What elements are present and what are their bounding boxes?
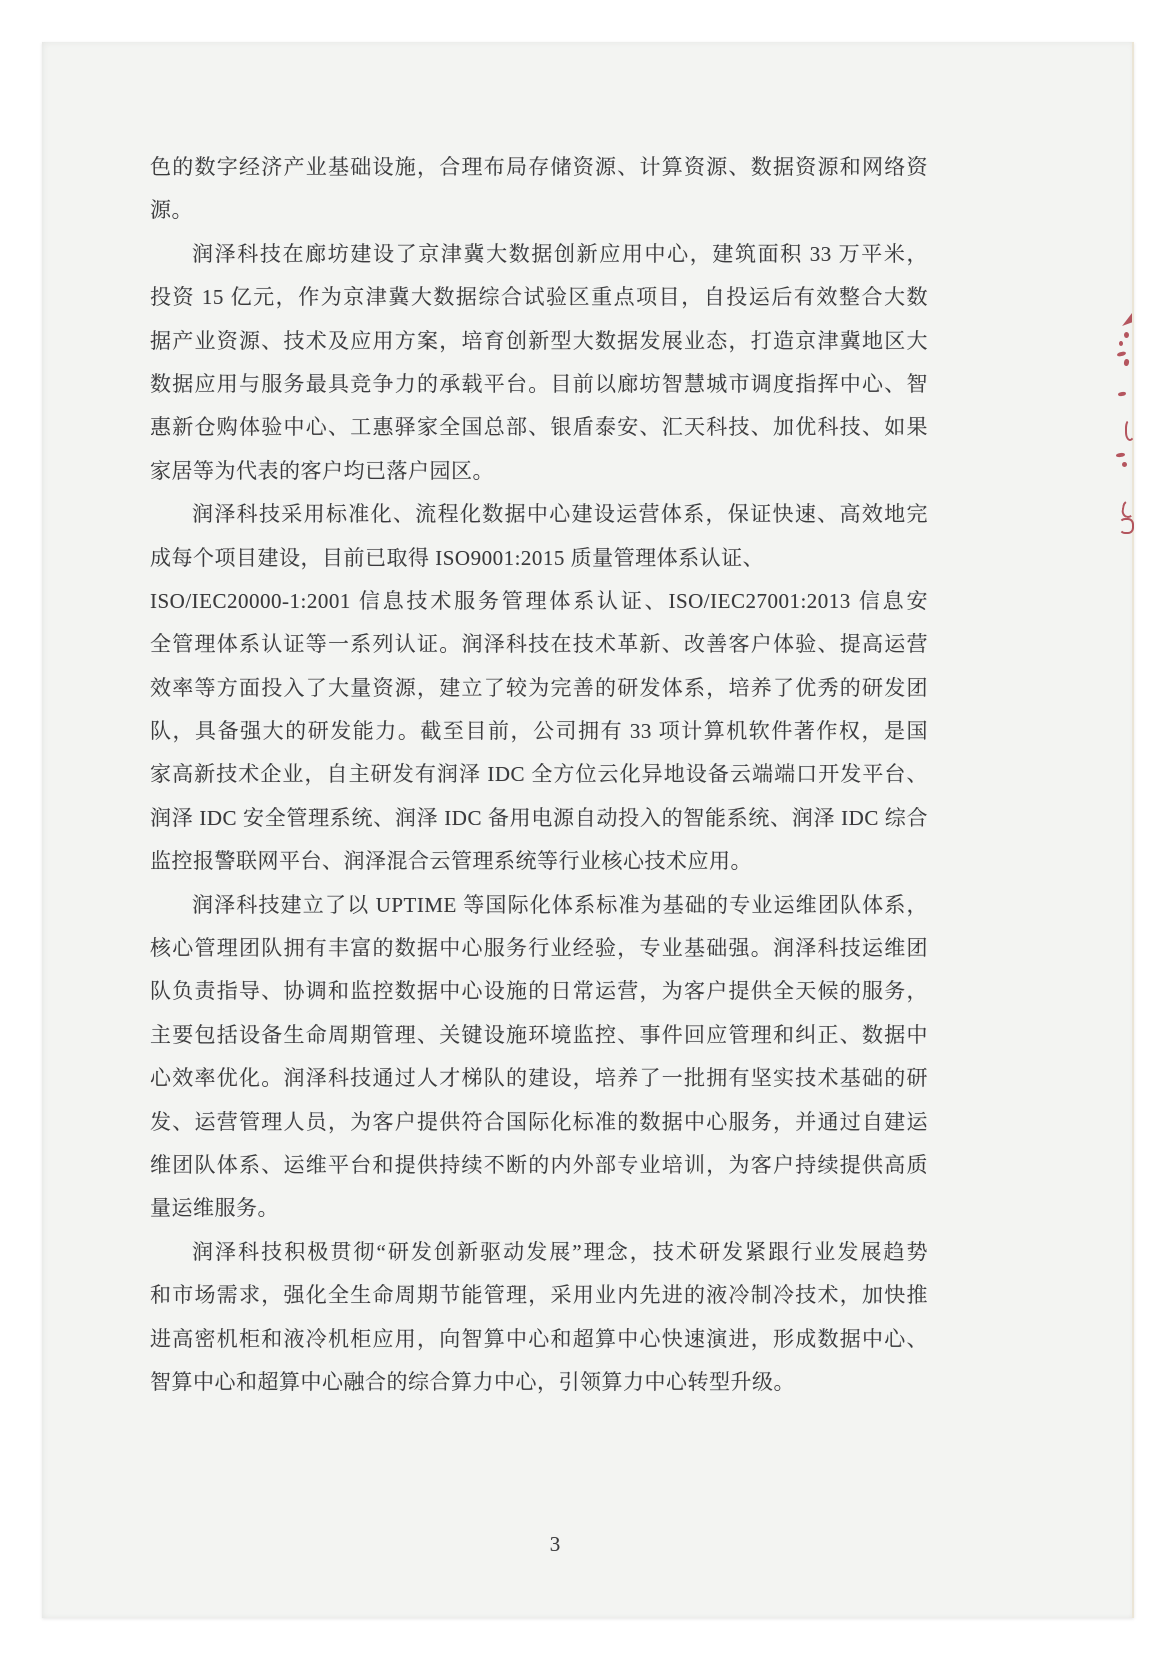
text-line: 心效率优化。润泽科技通过人才梯队的建设，培养了一批拥有坚实技术基础的研 <box>150 1057 928 1100</box>
text-line: 发、运营管理人员，为客户提供符合国际化标准的数据中心服务，并通过自建运 <box>150 1101 928 1144</box>
text-line: 监控报警联网平台、润泽混合云管理系统等行业核心技术应用。 <box>150 840 928 883</box>
stamp-fragment <box>1118 391 1127 396</box>
stamp-fragment <box>1123 359 1129 367</box>
text-line: 队负责指导、协调和监控数据中心设施的日常运营，为客户提供全天候的服务， <box>150 970 928 1013</box>
body-text: 色的数字经济产业基础设施，合理布局存储资源、计算资源、数据资源和网络资源。润泽科… <box>150 146 928 1404</box>
text-line: 和市场需求，强化全生命周期节能管理，采用业内先进的液冷制冷技术，加快推 <box>150 1274 928 1317</box>
text-line: 家居等为代表的客户均已落户园区。 <box>150 450 928 493</box>
text-line: 润泽科技积极贯彻“研发创新驱动发展”理念，技术研发紧跟行业发展趋势 <box>150 1231 928 1274</box>
stamp-fragment <box>1122 462 1127 467</box>
text-line: 智算中心和超算中心融合的综合算力中心，引领算力中心转型升级。 <box>150 1361 928 1404</box>
text-line: 润泽 IDC 安全管理系统、润泽 IDC 备用电源自动投入的智能系统、润泽 ID… <box>150 797 928 840</box>
text-line: 据产业资源、技术及应用方案，培育创新型大数据发展业态，打造京津冀地区大 <box>150 320 928 363</box>
text-line: 家高新技术企业，自主研发有润泽 IDC 全方位云化异地设备云端端口开发平台、 <box>150 753 928 796</box>
text-line: 润泽科技采用标准化、流程化数据中心建设运营体系，保证快速、高效地完 <box>150 493 928 536</box>
text-line: 维团队体系、运维平台和提供持续不断的内外部专业培训，为客户持续提供高质 <box>150 1144 928 1187</box>
text-line: ISO/IEC20000-1:2001 信息技术服务管理体系认证、ISO/IEC… <box>150 580 928 623</box>
page-number: 3 <box>166 1532 944 1557</box>
text-line: 量运维服务。 <box>150 1187 928 1230</box>
document-page: 色的数字经济产业基础设施，合理布局存储资源、计算资源、数据资源和网络资源。润泽科… <box>42 42 1134 1618</box>
text-line: 进高密机柜和液冷机柜应用，向智算中心和超算中心快速演进，形成数据中心、 <box>150 1318 928 1361</box>
text-line: 队，具备强大的研发能力。截至目前，公司拥有 33 项计算机软件著作权，是国 <box>150 710 928 753</box>
stamp-fragment <box>1121 313 1132 326</box>
stamp-fragment <box>1116 452 1125 457</box>
stamp-fragment <box>1121 499 1137 519</box>
text-line: 主要包括设备生命周期管理、关键设施环境监控、事件回应管理和纠正、数据中 <box>150 1014 928 1057</box>
text-line: 惠新仓购体验中心、工惠驿家全国总部、银盾泰安、汇天科技、加优科技、如果 <box>150 406 928 449</box>
text-line: 全管理体系认证等一系列认证。润泽科技在技术革新、改善客户体验、提高运营 <box>150 623 928 666</box>
stamp-fragment <box>1125 419 1135 441</box>
stamp-fragment <box>1117 351 1127 357</box>
text-line: 效率等方面投入了大量资源，建立了较为完善的研发体系，培养了优秀的研发团 <box>150 667 928 710</box>
text-line: 色的数字经济产业基础设施，合理布局存储资源、计算资源、数据资源和网络资 <box>150 146 928 189</box>
text-line: 数据应用与服务最具竞争力的承载平台。目前以廊坊智慧城市调度指挥中心、智 <box>150 363 928 406</box>
stamp-fragment <box>1124 332 1129 338</box>
text-line: 投资 15 亿元，作为京津冀大数据综合试验区重点项目，自投运后有效整合大数 <box>150 276 928 319</box>
text-line: 源。 <box>150 189 928 232</box>
text-line: 润泽科技在廊坊建设了京津冀大数据创新应用中心，建筑面积 33 万平米， <box>150 233 928 276</box>
text-line: 核心管理团队拥有丰富的数据中心服务行业经验，专业基础强。润泽科技运维团 <box>150 927 928 970</box>
text-line: 润泽科技建立了以 UPTIME 等国际化体系标准为基础的专业运维团队体系， <box>150 884 928 927</box>
stamp-fragment <box>1119 341 1123 346</box>
stamp-fragment <box>1119 518 1134 534</box>
text-line: 成每个项目建设，目前已取得 ISO9001:2015 质量管理体系认证、 <box>150 537 928 580</box>
